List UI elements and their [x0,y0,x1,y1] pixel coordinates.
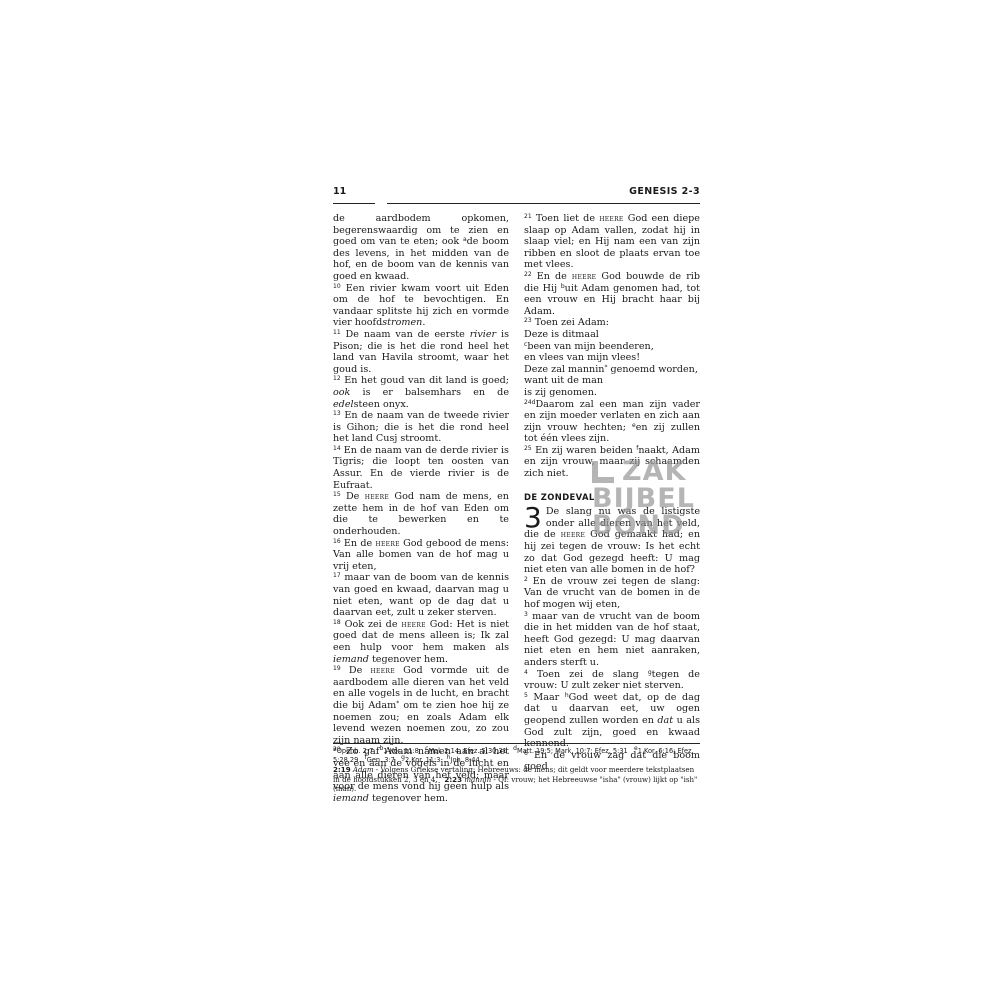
verse-21: 21 Toen liet de heere God een diepe slaa… [524,213,700,271]
cross-ref: b1 Kor. 11:8 [380,747,419,755]
cross-ref: fGen. 3:7 [365,756,395,764]
poem-line: Deze zal mannin* genoemd worden, [524,364,700,376]
verse-17: 17 maar van de boom van de kennis van go… [333,572,509,618]
verse-9-cont: de aardbodem opkomen, begerenswaardig om… [333,213,509,283]
cross-ref: g2 Kor. 11:3 [401,756,440,764]
verse-25: 25 En zij waren beiden fnaakt, Adam en z… [524,445,700,480]
verse-24: 24dDaarom zal een man zijn vader en zijn… [524,399,700,445]
verse-10: 10 Een rivier kwam voort uit Eden om de … [333,283,509,329]
verse-22: 22 En de heere God bouwde de rib die Hij… [524,271,700,317]
verse-18: 18 Ook zei de heere God: Het is niet goe… [333,619,509,665]
verse-23: 23 Toen zei Adam: [524,317,700,329]
verse-11: 11 De naam van de eerste rivier is Pison… [333,329,509,375]
chapter-number: 3 [524,507,542,529]
poem-line: en vlees van mijn vlees! [524,352,700,364]
header-rule-short [333,203,375,204]
chapter-3-verse-1: 3De slang nu was de listigste onder alle… [524,506,700,576]
cross-ref: dMatt. 19:5; Mark. 10:7; Efez. 5:31 [513,747,628,755]
verse-5: 5 Maar hGod weet dat, op de dag dat u da… [524,692,700,750]
verse-2: 2 En de vrouw zei tegen de slang: Van de… [524,576,700,611]
text-columns: de aardbodem opkomen, begerenswaardig om… [333,213,700,804]
footnotes: aOpenb. 2:7 b1 Kor. 11:8 cMal. 2:14; Efe… [333,747,700,793]
verse-13: 13 En de naam van de tweede rivier is Gi… [333,410,509,445]
poem-line: Deze is ditmaal [524,329,700,341]
page-header: 11 GENESIS 2-3 [333,186,700,206]
cross-ref: cMal. 2:14; Efez. 5:30,31 [425,747,507,755]
cross-ref: aOpenb. 2:7 [333,747,373,755]
poem-line: want uit de man [524,375,700,387]
verse-16: 16 En de heere God gebood de mens: Van a… [333,538,509,573]
cross-ref: hJoh. 8:44 [447,756,480,764]
verse-4: 4 Toen zei de slang gtegen de vrouw: U z… [524,669,700,692]
left-column: de aardbodem opkomen, begerenswaardig om… [333,213,509,804]
right-column: 21 Toen liet de heere God een diepe slaa… [524,213,700,804]
footnote-rule [333,743,700,744]
verse-19: 19 De heere God vormde uit de aardbodem … [333,665,509,746]
verse-14: 14 En de naam van de derde rivier is Tig… [333,445,509,491]
page-number: 11 [333,186,346,197]
verse-12: 12 En het goud van dit land is goed; ook… [333,375,509,410]
translation-notes: 2:19 Adam - Volgens Griekse vertaling; H… [333,765,700,793]
poem-verse-23: Deze is ditmaal cbeen van mijn beenderen… [524,329,700,399]
running-head: GENESIS 2-3 [629,186,700,197]
poem-line: cbeen van mijn beenderen, [524,341,700,353]
bible-page: 11 GENESIS 2-3 de aardbodem opkomen, beg… [333,186,700,206]
cross-references: aOpenb. 2:7 b1 Kor. 11:8 cMal. 2:14; Efe… [333,747,700,765]
section-heading: DE ZONDEVAL [524,492,700,504]
verse-15: 15 De heere God nam de mens, en zette he… [333,491,509,537]
poem-line: is zij genomen. [524,387,700,399]
verse-3: 3 maar van de vrucht van de boom die in … [524,611,700,669]
header-rule-long [387,203,700,204]
